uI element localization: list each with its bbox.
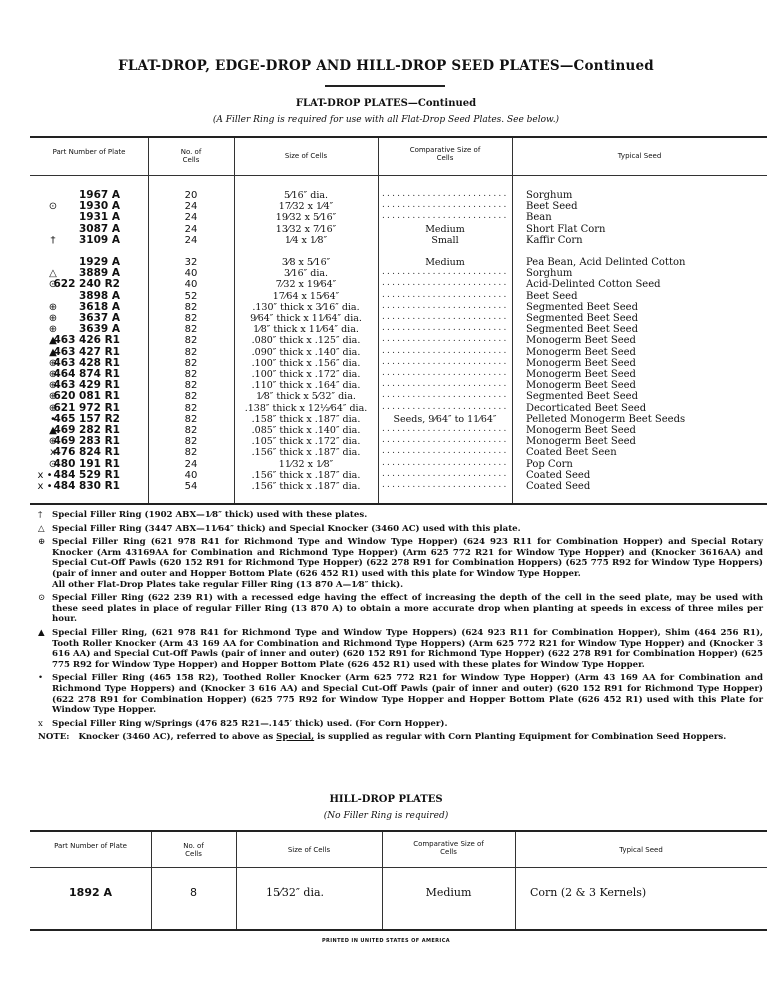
footnote-text: Special Filler Ring (465 158 R2), Toothe… bbox=[52, 673, 763, 715]
cell-count: 24 bbox=[148, 224, 234, 235]
header-typical-seed: Typical Seed bbox=[512, 152, 767, 160]
column-divider bbox=[378, 138, 379, 503]
footnote-text: Special Filler Ring w/Springs (476 825 R… bbox=[52, 719, 447, 729]
footnote-symbol: ⊙ bbox=[38, 593, 45, 604]
footnote-symbol: ▲ bbox=[38, 628, 45, 639]
note-final: NOTE: Knocker (3460 AC), referred to abo… bbox=[38, 732, 763, 743]
cell-count: 82 bbox=[148, 369, 234, 380]
note-text: is supplied as regular with Corn Plantin… bbox=[314, 732, 726, 742]
header-comparative-size: Comparative Size of Cells bbox=[382, 840, 515, 856]
cell-size: 3⁄8 x 5⁄16″ bbox=[234, 257, 378, 268]
header-part-number: Part Number of Plate bbox=[30, 842, 151, 850]
header-part-number: Part Number of Plate bbox=[30, 148, 148, 156]
column-divider bbox=[512, 138, 513, 503]
cell-count: 24 bbox=[148, 235, 234, 246]
footnote: △Special Filler Ring (3447 ABX—11⁄64″ th… bbox=[38, 524, 763, 535]
comparative-size-dots: .............................. bbox=[382, 334, 508, 345]
footnote-symbol: • bbox=[38, 673, 43, 684]
part-number: 463 427 R1 bbox=[53, 347, 120, 358]
symbol-marker: ⊙ bbox=[44, 201, 62, 212]
cell-size: 17⁄64 x 15⁄64″ bbox=[234, 291, 378, 302]
header-comparative-size: Comparative Size of Cells bbox=[378, 146, 512, 162]
footnote-text: Special Filler Ring (1902 ABX—1⁄8″ thick… bbox=[52, 510, 367, 520]
note-label: NOTE: bbox=[38, 732, 69, 742]
footnote: ⊙Special Filler Ring (622 239 R1) with a… bbox=[38, 593, 763, 625]
cell-count: 82 bbox=[148, 358, 234, 369]
cell-count: 82 bbox=[148, 447, 234, 458]
part-number: 620 081 R1 bbox=[53, 391, 120, 402]
comparative-size-dots: .............................. bbox=[382, 211, 508, 222]
cell-count: 82 bbox=[148, 335, 234, 346]
cell-size: 7⁄32 x 19⁄64″ bbox=[234, 279, 378, 290]
part-number: 1931 A bbox=[79, 212, 120, 223]
cell-size: .130″ thick x 3⁄16″ dia. bbox=[234, 302, 378, 313]
symbol-marker: ⊕ bbox=[44, 313, 62, 324]
hill-drop-section-title: HILL-DROP PLATES bbox=[0, 794, 772, 805]
part-number: 621 972 R1 bbox=[53, 403, 120, 414]
typical-seed: Coated Seed bbox=[526, 470, 590, 481]
footnote: xSpecial Filler Ring w/Springs (476 825 … bbox=[38, 719, 763, 730]
typical-seed: Kaffir Corn bbox=[526, 235, 583, 246]
cell-size: 1⁄8″ thick x 5⁄32″ dia. bbox=[234, 391, 378, 402]
cell-size: 1⁄4 x 1⁄8″ bbox=[234, 235, 378, 246]
cell-count: 82 bbox=[148, 313, 234, 324]
table-top-rule bbox=[30, 136, 767, 138]
title-divider bbox=[325, 85, 445, 87]
comparative-size: Medium bbox=[382, 886, 515, 899]
footnote-text: Special Filler Ring (3447 ABX—11⁄64″ thi… bbox=[52, 524, 521, 534]
header-no-of-cells: No. of Cells bbox=[148, 148, 234, 164]
table-header-rule bbox=[30, 175, 767, 176]
comparative-size-dots: .............................. bbox=[382, 267, 508, 278]
footnote: †Special Filler Ring (1902 ABX—1⁄8″ thic… bbox=[38, 510, 763, 521]
part-number: 3898 A bbox=[79, 291, 120, 302]
cell-size: .110″ thick x .164″ dia. bbox=[234, 380, 378, 391]
typical-seed: Corn (2 & 3 Kernels) bbox=[530, 886, 646, 899]
typical-seed: Segmented Beet Seed bbox=[526, 391, 638, 402]
typical-seed: Monogerm Beet Seed bbox=[526, 335, 636, 346]
cell-count: 40 bbox=[148, 470, 234, 481]
typical-seed: Monogerm Beet Seed bbox=[526, 425, 636, 436]
typical-seed: Sorghum bbox=[526, 190, 572, 201]
cell-size: .156″ thick x .187″ dia. bbox=[234, 447, 378, 458]
footnote-symbol: ⊕ bbox=[38, 537, 45, 548]
typical-seed: Monogerm Beet Seed bbox=[526, 369, 636, 380]
comparative-size-dots: .............................. bbox=[382, 290, 508, 301]
comparative-size-dots: .............................. bbox=[382, 446, 508, 457]
typical-seed: Pea Bean, Acid Delinted Cotton bbox=[526, 257, 685, 268]
comparative-size-dots: .............................. bbox=[382, 346, 508, 357]
cell-count: 82 bbox=[148, 425, 234, 436]
cell-size: .158″ thick x .187″ dia. bbox=[234, 414, 378, 425]
cell-count: 82 bbox=[148, 302, 234, 313]
header-typical-seed: Typical Seed bbox=[515, 846, 767, 854]
comparative-size-dots: .............................. bbox=[382, 402, 508, 413]
part-number: 480 191 R1 bbox=[53, 459, 120, 470]
table-bottom-rule bbox=[30, 503, 767, 505]
part-number: 484 830 R1 bbox=[53, 481, 120, 492]
footnote: •Special Filler Ring (465 158 R2), Tooth… bbox=[38, 673, 763, 715]
typical-seed: Segmented Beet Seed bbox=[526, 302, 638, 313]
comparative-size: Small bbox=[378, 235, 512, 246]
footnote-symbol: † bbox=[38, 510, 42, 521]
page-title: FLAT-DROP, EDGE-DROP AND HILL-DROP SEED … bbox=[0, 58, 772, 74]
cell-count: 82 bbox=[148, 414, 234, 425]
cell-count: 40 bbox=[148, 268, 234, 279]
comparative-size-dots: .............................. bbox=[382, 312, 508, 323]
cell-count: 82 bbox=[148, 324, 234, 335]
typical-seed: Segmented Beet Seed bbox=[526, 313, 638, 324]
typical-seed: Acid-Delinted Cotton Seed bbox=[526, 279, 661, 290]
cell-count: 82 bbox=[148, 436, 234, 447]
footnote-text: Special Filler Ring, (621 978 R41 for Ri… bbox=[52, 628, 763, 670]
cell-size: 15⁄32″ dia. bbox=[266, 886, 324, 899]
part-number: 463 426 R1 bbox=[53, 335, 120, 346]
typical-seed: Short Flat Corn bbox=[526, 224, 605, 235]
table-header-rule bbox=[30, 867, 767, 868]
typical-seed: Monogerm Beet Seed bbox=[526, 380, 636, 391]
cell-count: 32 bbox=[148, 257, 234, 268]
typical-seed: Beet Seed bbox=[526, 291, 577, 302]
comparative-size-dots: .............................. bbox=[382, 480, 508, 491]
comparative-size-dots: .............................. bbox=[382, 368, 508, 379]
footnote-symbol: △ bbox=[38, 524, 45, 535]
cell-size: .156″ thick x .187″ dia. bbox=[234, 470, 378, 481]
cell-size: 9⁄64″ thick x 11⁄64″ dia. bbox=[234, 313, 378, 324]
cell-size: 11⁄32 x 1⁄8″ bbox=[234, 459, 378, 470]
cell-count: 52 bbox=[148, 291, 234, 302]
header-no-of-cells: No. of Cells bbox=[151, 842, 236, 858]
typical-seed: Pelleted Monogerm Beet Seeds bbox=[526, 414, 685, 425]
comparative-size-dots: .............................. bbox=[382, 278, 508, 289]
footnote: ▲Special Filler Ring, (621 978 R41 for R… bbox=[38, 628, 763, 670]
comparative-size: Medium bbox=[378, 224, 512, 235]
cell-size: 17⁄32 x 1⁄4″ bbox=[234, 201, 378, 212]
flat-drop-section-title: FLAT-DROP PLATES—Continued bbox=[0, 98, 772, 109]
comparative-size-dots: .............................. bbox=[382, 469, 508, 480]
comparative-size-dots: .............................. bbox=[382, 435, 508, 446]
part-number: 3087 A bbox=[79, 224, 120, 235]
cell-size: 1⁄8″ thick x 11⁄64″ dia. bbox=[234, 324, 378, 335]
typical-seed: Sorghum bbox=[526, 268, 572, 279]
note-text: Knocker (3460 AC), referred to above as bbox=[78, 732, 276, 742]
cell-size: .105″ thick x .172″ dia. bbox=[234, 436, 378, 447]
footnote-symbol: x bbox=[38, 719, 43, 730]
cell-count: 54 bbox=[148, 481, 234, 492]
cell-size: .100″ thick x .172″ dia. bbox=[234, 369, 378, 380]
part-number: 476 824 R1 bbox=[53, 447, 120, 458]
typical-seed: Monogerm Beet Seed bbox=[526, 358, 636, 369]
typical-seed: Coated Beet Seen bbox=[526, 447, 617, 458]
footnote-extra: All other Flat-Drop Plates take regular … bbox=[52, 580, 763, 591]
cell-size: 5⁄16″ dia. bbox=[234, 190, 378, 201]
cell-count: 40 bbox=[148, 279, 234, 290]
flat-drop-section-subtitle: (A Filler Ring is required for use with … bbox=[0, 115, 772, 125]
cell-size: .090″ thick x .140″ dia. bbox=[234, 347, 378, 358]
typical-seed: Monogerm Beet Seed bbox=[526, 347, 636, 358]
footnote: ⊕Special Filler Ring (621 978 R41 for Ri… bbox=[38, 537, 763, 590]
cell-count: 8 bbox=[151, 886, 236, 899]
part-number: 622 240 R2 bbox=[53, 279, 120, 290]
cell-size: .100″ thick x .156″ dia. bbox=[234, 358, 378, 369]
table-bottom-rule bbox=[30, 929, 767, 931]
cell-size: 13⁄32 x 7⁄16″ bbox=[234, 224, 378, 235]
typical-seed: Pop Corn bbox=[526, 459, 573, 470]
cell-size: .138″ thick x 12½⁄64″ dia. bbox=[234, 403, 378, 414]
typical-seed: Monogerm Beet Seed bbox=[526, 436, 636, 447]
symbol-marker: ⊕ bbox=[44, 302, 62, 313]
cell-count: 82 bbox=[148, 380, 234, 391]
comparative-size-dots: .............................. bbox=[382, 357, 508, 368]
cell-count: 24 bbox=[148, 212, 234, 223]
typical-seed: Segmented Beet Seed bbox=[526, 324, 638, 335]
typical-seed: Bean bbox=[526, 212, 552, 223]
part-number: 1892 A bbox=[30, 886, 151, 899]
comparative-size-dots: .............................. bbox=[382, 424, 508, 435]
printed-in-usa: PRINTED IN UNITED STATES OF AMERICA bbox=[0, 938, 772, 944]
cell-size: .156″ thick x .187″ dia. bbox=[234, 481, 378, 492]
typical-seed: Beet Seed bbox=[526, 201, 577, 212]
cell-size: .085″ thick x .140″ dia. bbox=[234, 425, 378, 436]
cell-count: 82 bbox=[148, 391, 234, 402]
cell-count: 24 bbox=[148, 459, 234, 470]
typical-seed: Decorticated Beet Seed bbox=[526, 403, 646, 414]
comparative-size-dots: .............................. bbox=[382, 323, 508, 334]
cell-size: .080″ thick x .125″ dia. bbox=[234, 335, 378, 346]
footnote-text: Special Filler Ring (621 978 R41 for Ric… bbox=[52, 537, 763, 579]
footnote-text: Special Filler Ring (622 239 R1) with a … bbox=[52, 593, 763, 624]
typical-seed: Coated Seed bbox=[526, 481, 590, 492]
cell-size: 19⁄32 x 5⁄16″ bbox=[234, 212, 378, 223]
header-size-of-cells: Size of Cells bbox=[236, 846, 382, 854]
comparative-size-dots: .............................. bbox=[382, 200, 508, 211]
footnotes: †Special Filler Ring (1902 ABX—1⁄8″ thic… bbox=[38, 510, 763, 746]
hill-drop-section-subtitle: (No Filler Ring is required) bbox=[0, 811, 772, 821]
cell-count: 82 bbox=[148, 403, 234, 414]
symbol-marker: † bbox=[44, 235, 62, 246]
note-underlined: Special, bbox=[276, 732, 314, 742]
part-number: 3109 A bbox=[79, 235, 120, 246]
cell-count: 20 bbox=[148, 190, 234, 201]
comparative-size-dots: .............................. bbox=[382, 390, 508, 401]
cell-size: 3⁄16″ dia. bbox=[234, 268, 378, 279]
cell-count: 82 bbox=[148, 347, 234, 358]
comparative-size-dots: .............................. bbox=[382, 189, 508, 200]
header-size-of-cells: Size of Cells bbox=[234, 152, 378, 160]
cell-count: 24 bbox=[148, 201, 234, 212]
comparative-size-dots: .............................. bbox=[382, 301, 508, 312]
table-top-rule bbox=[30, 830, 767, 832]
comparative-size-dots: .............................. bbox=[382, 379, 508, 390]
comparative-size-dots: .............................. bbox=[382, 458, 508, 469]
